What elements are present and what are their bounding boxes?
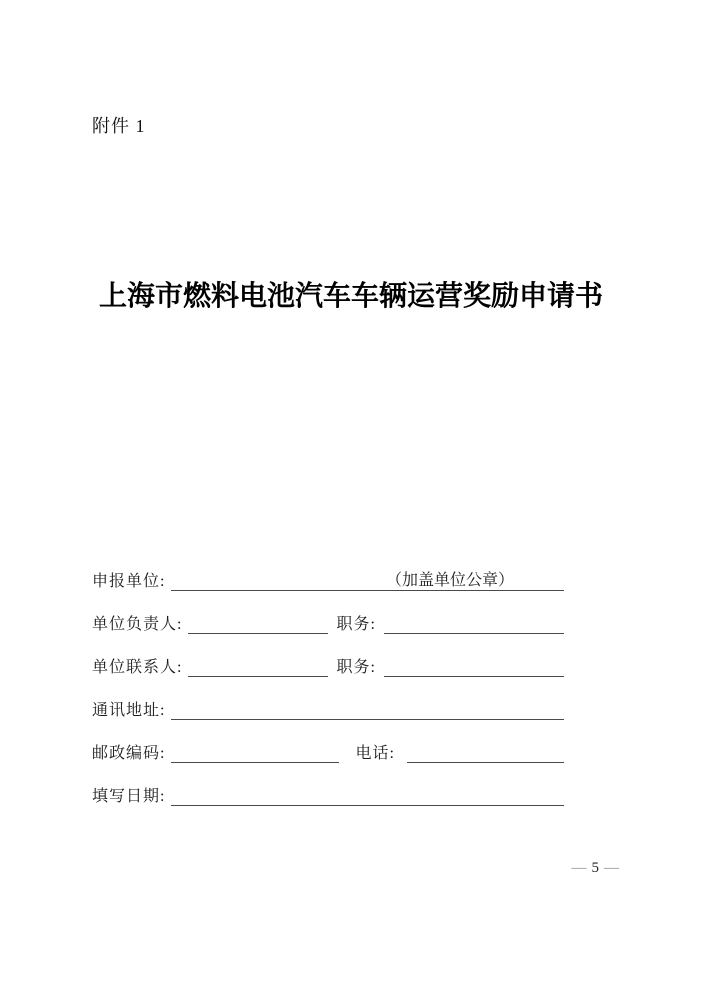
unit-head-label: 单位负责人: [92,616,182,634]
form-row-postal: 邮政编码: 电话: [92,720,564,763]
unit-head-duty-blank-line [384,612,564,634]
unit-contact-blank-line [188,655,328,677]
page-number-right-dash: — [604,860,619,876]
form-row-fill-date: 填写日期: [92,763,564,806]
page-number-left-dash: — [572,860,587,876]
form-row-unit-contact: 单位联系人: 职务: [92,634,564,677]
phone-blank-line [407,741,564,763]
attachment-label: 附件 1 [92,112,146,138]
postal-code-label: 邮政编码: [92,745,165,763]
document-title: 上海市燃料电池汽车车辆运营奖励申请书 [0,274,702,314]
application-form: 申报单位: （加盖单位公章） 单位负责人: 职务: 单位联系人: 职务: 通讯地… [92,548,564,806]
address-label: 通讯地址: [92,702,165,720]
seal-note: （加盖单位公章） [386,572,514,590]
phone-label: 电话: [355,745,394,763]
unit-contact-label: 单位联系人: [92,659,182,677]
unit-head-duty-label: 职务: [336,616,375,634]
declaring-unit-label: 申报单位: [92,573,165,591]
form-row-declaring-unit: 申报单位: （加盖单位公章） [92,548,564,591]
declaring-unit-blank-line: （加盖单位公章） [171,569,564,591]
form-row-unit-head: 单位负责人: 职务: [92,591,564,634]
document-page: 附件 1 上海市燃料电池汽车车辆运营奖励申请书 申报单位: （加盖单位公章） 单… [0,0,702,993]
fill-date-label: 填写日期: [92,788,165,806]
page-number: —5— [572,859,620,877]
page-number-value: 5 [592,860,600,876]
address-blank-line [171,698,564,720]
unit-contact-duty-label: 职务: [336,659,375,677]
unit-contact-duty-blank-line [384,655,564,677]
fill-date-blank-line [171,784,564,806]
unit-head-blank-line [188,612,328,634]
postal-code-blank-line [171,741,339,763]
form-row-address: 通讯地址: [92,677,564,720]
